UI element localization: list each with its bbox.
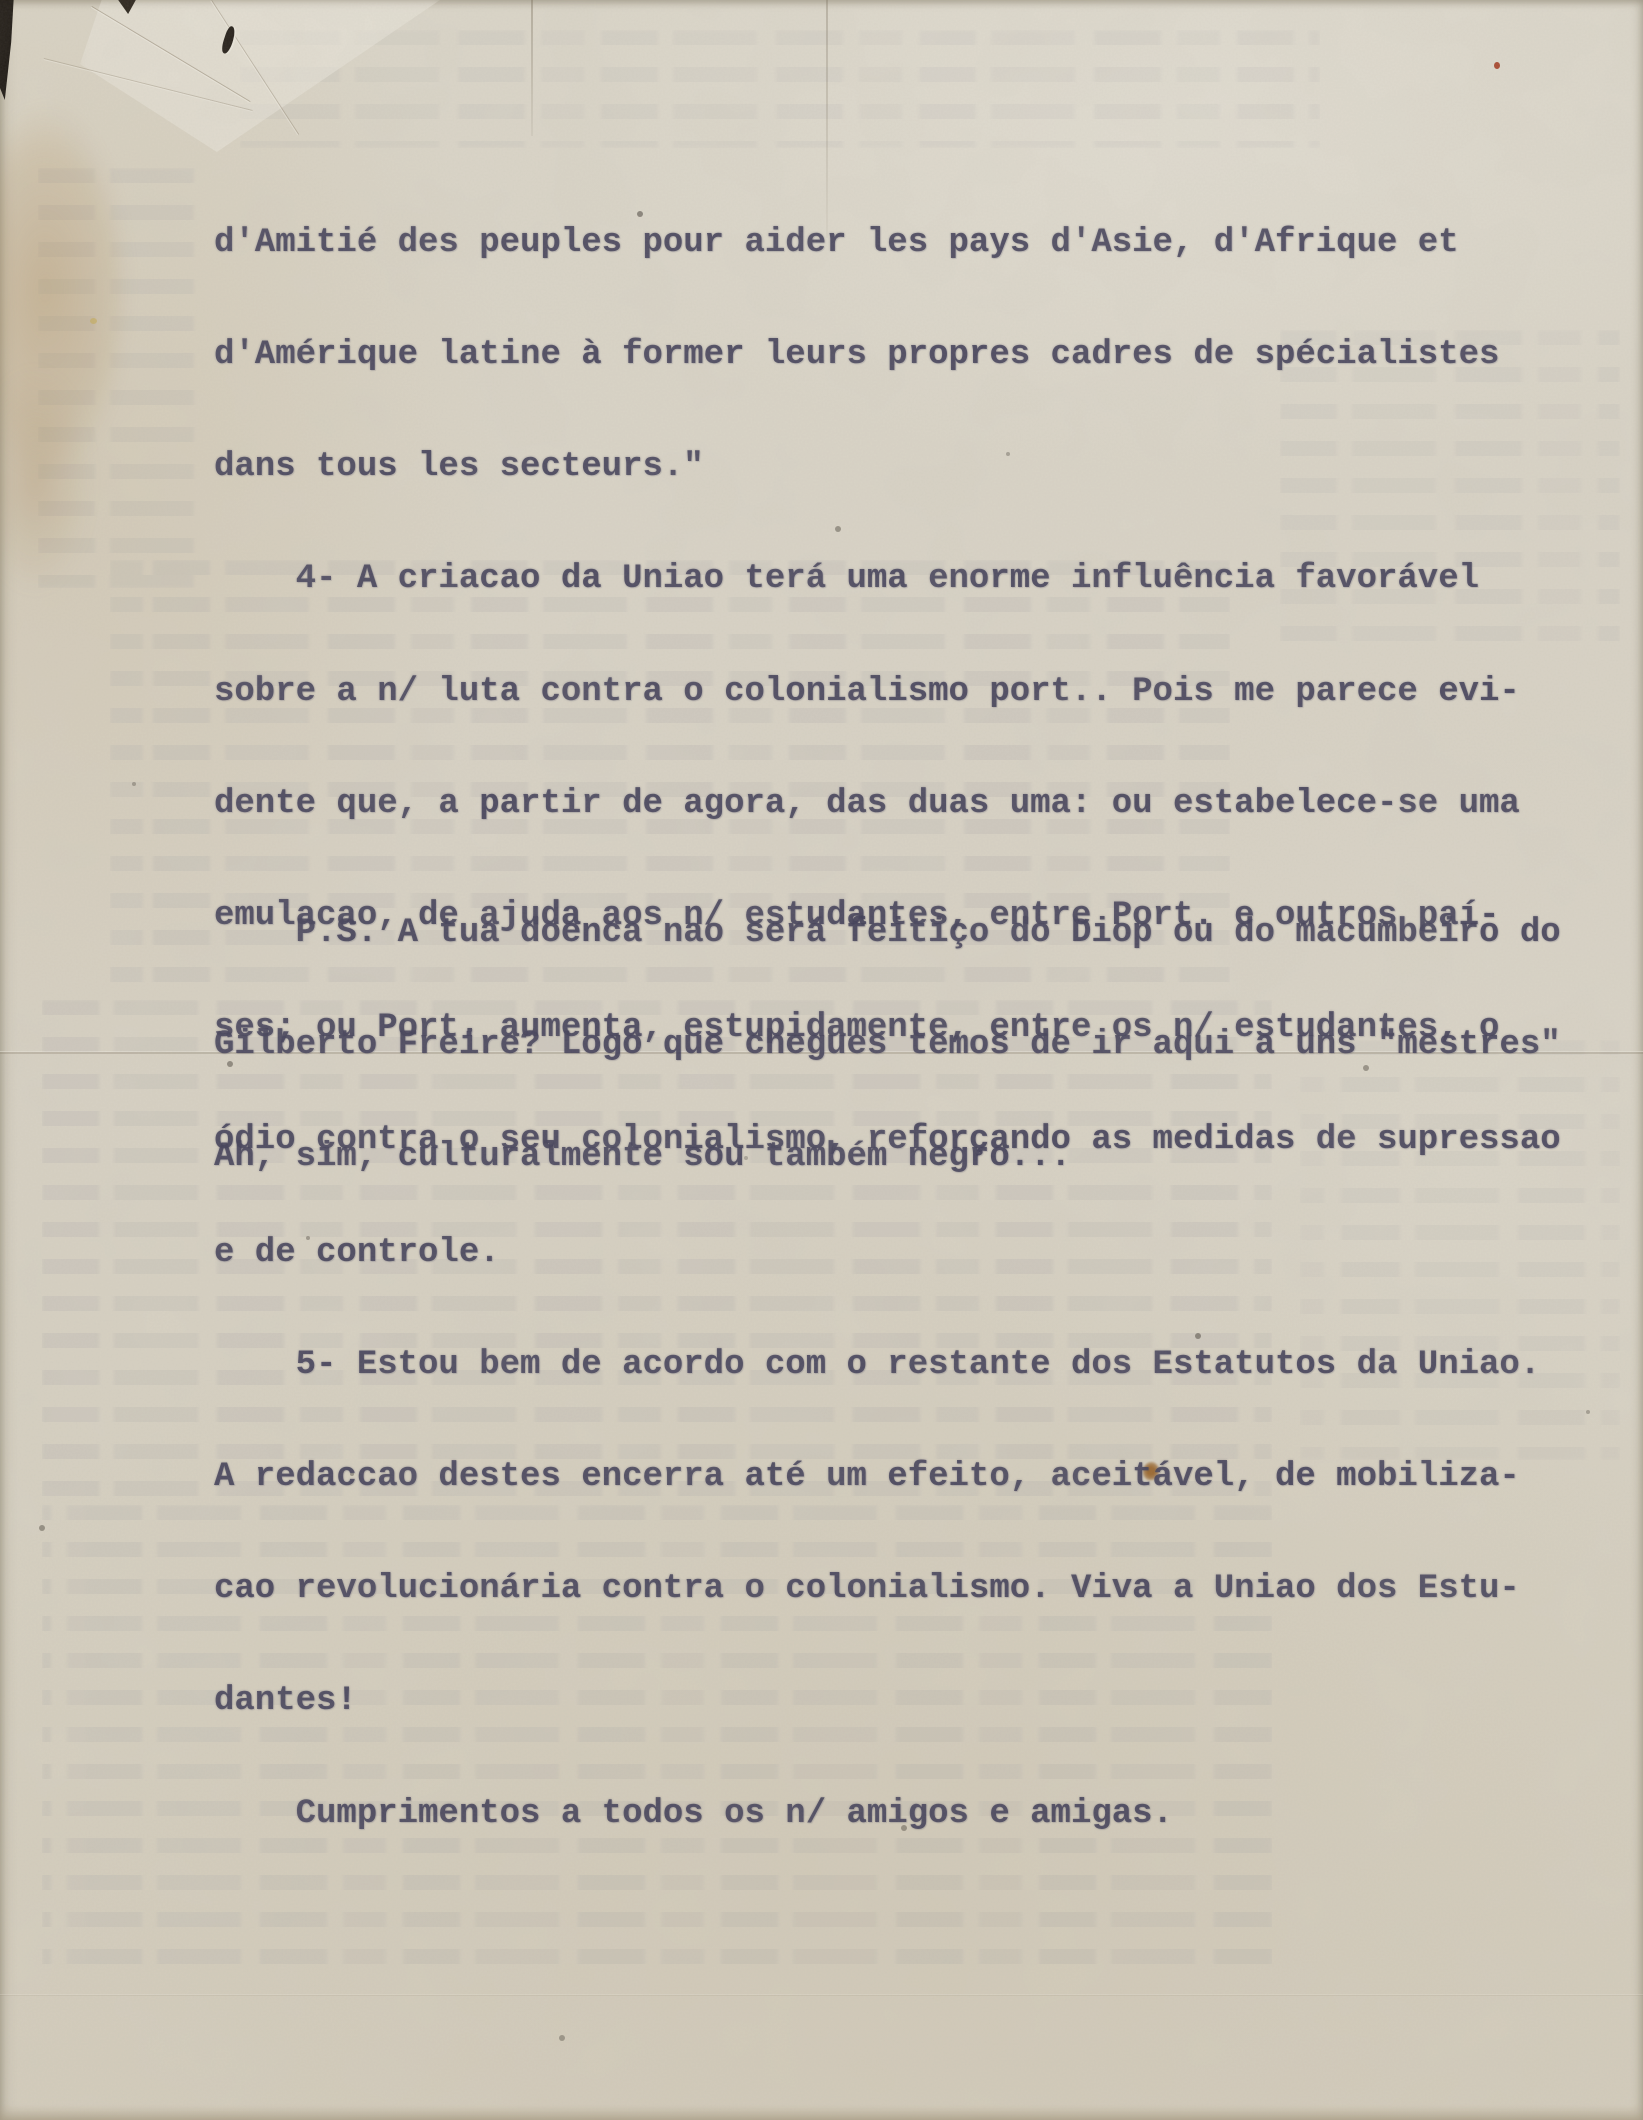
letter-postscript: P.S. A tua doenca nao será feitiço do Di… [214,840,1561,1251]
fold-crease-vertical [531,0,533,136]
typed-line: P.S. A tua doenca nao será feitiço do Di… [214,915,1561,952]
typed-line: dans tous les secteurs." [214,449,1561,486]
yellow-speck [90,318,97,324]
typed-line: cao revolucionária contra o colonialismo… [214,1571,1561,1608]
typed-line: sobre a n/ luta contra o colonialismo po… [214,674,1561,711]
typed-line: Cumprimentos a todos os n/ amigos e amig… [214,1796,1561,1833]
typed-line: d'Amérique latine à former leurs propres… [214,337,1561,374]
red-speck [1494,62,1500,69]
typed-line: Ah, sim, culturalmente sou também negro.… [214,1139,1561,1176]
typed-line: d'Amitié des peuples pour aider les pays… [214,225,1561,262]
bleedthrough-text-ghost [240,30,1320,148]
typed-line: 5- Estou bem de acordo com o restante do… [214,1347,1561,1384]
typed-line: dente que, a partir de agora, das duas u… [214,786,1561,823]
scanned-letter-page: d'Amitié des peuples pour aider les pays… [0,0,1643,2120]
typed-line: Gilberto Freire? Logo que chegues temos … [214,1027,1561,1064]
paper-speck [0,0,4,4]
typed-line: 4- A criacao da Uniao terá uma enorme in… [214,561,1561,598]
typed-line: A redaccao destes encerra até um efeito,… [214,1459,1561,1496]
bottom-edge-shadow [0,2104,1643,2120]
fold-crease-horizontal [0,1994,1643,1996]
typed-line: dantes! [214,1683,1561,1720]
